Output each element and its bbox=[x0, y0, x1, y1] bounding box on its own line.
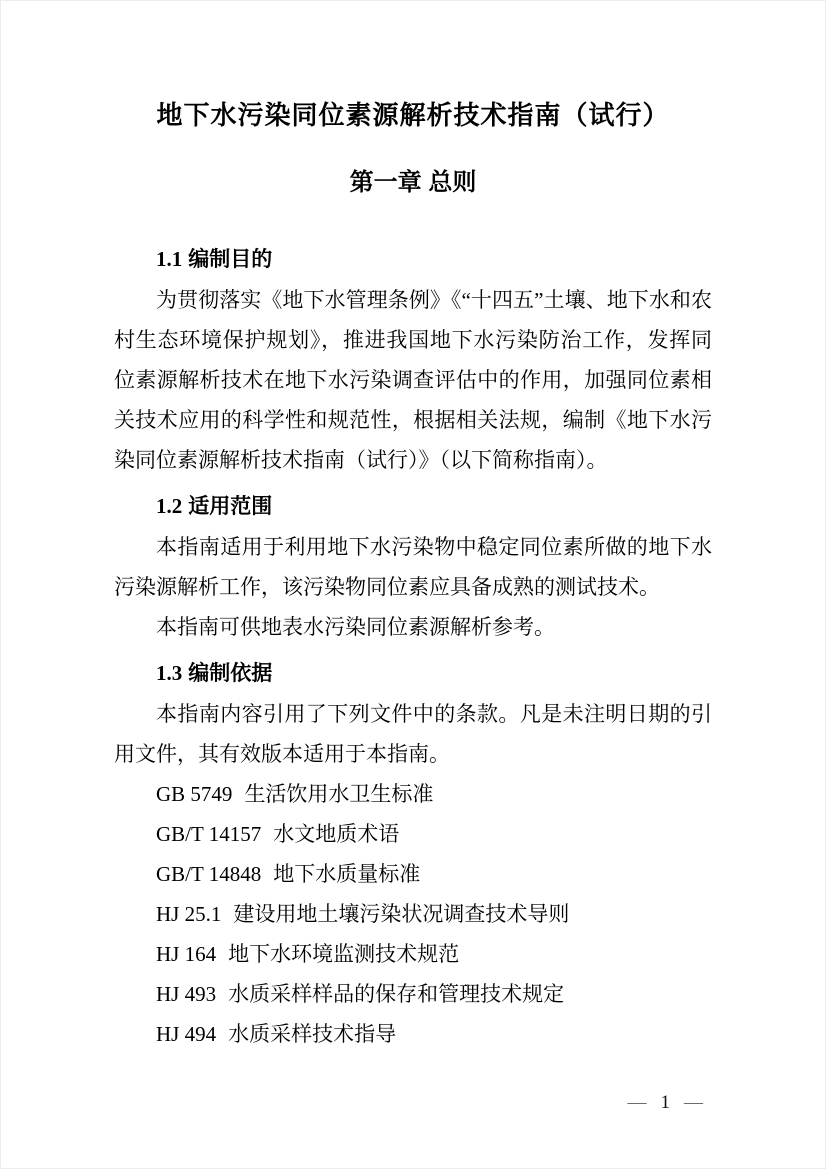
page-number-left-dash: — bbox=[628, 1092, 647, 1113]
reference-name: 水文地质术语 bbox=[273, 822, 399, 846]
reference-item: HJ 494水质采样技术指导 bbox=[114, 1014, 712, 1054]
reference-code: GB/T 14848 bbox=[156, 862, 261, 886]
paragraph: 本指南内容引用了下列文件中的条款。凡是未注明日期的引用文件，其有效版本适用于本指… bbox=[114, 694, 712, 774]
reference-name: 生活饮用水卫生标准 bbox=[244, 782, 433, 806]
reference-code: GB 5749 bbox=[156, 782, 232, 806]
page-number-right-dash: — bbox=[684, 1092, 703, 1113]
page-number-value: 1 bbox=[661, 1092, 671, 1113]
section-label: 编制依据 bbox=[188, 662, 272, 685]
page-number: —1— bbox=[628, 1091, 704, 1115]
reference-item: HJ 164地下水环境监测技术规范 bbox=[114, 934, 712, 974]
chapter-heading: 第一章 总则 bbox=[114, 167, 712, 199]
reference-name: 地下水质量标准 bbox=[273, 862, 420, 886]
section-heading: 1.2适用范围 bbox=[114, 486, 712, 527]
section-1-3: 1.3编制依据 本指南内容引用了下列文件中的条款。凡是未注明日期的引用文件，其有… bbox=[114, 653, 712, 1054]
chapter-number: 第一章 bbox=[350, 169, 422, 196]
section-heading: 1.3编制依据 bbox=[114, 653, 712, 694]
reference-code: HJ 164 bbox=[156, 942, 216, 966]
section-heading: 1.1编制目的 bbox=[114, 239, 712, 280]
document-title: 地下水污染同位素源解析技术指南（试行） bbox=[114, 97, 712, 133]
reference-code: HJ 493 bbox=[156, 982, 216, 1006]
reference-code: GB/T 14157 bbox=[156, 822, 261, 846]
reference-item: GB 5749生活饮用水卫生标准 bbox=[114, 774, 712, 814]
reference-item: HJ 493水质采样样品的保存和管理技术规定 bbox=[114, 974, 712, 1014]
reference-item: HJ 25.1建设用地土壤污染状况调查技术导则 bbox=[114, 894, 712, 934]
reference-name: 地下水环境监测技术规范 bbox=[228, 942, 459, 966]
paragraph: 为贯彻落实《地下水管理条例》《“十四五”土壤、地下水和农村生态环境保护规划》，推… bbox=[114, 280, 712, 480]
document-page: 地下水污染同位素源解析技术指南（试行） 第一章 总则 1.1编制目的 为贯彻落实… bbox=[0, 0, 826, 1169]
reference-item: GB/T 14157水文地质术语 bbox=[114, 814, 712, 854]
section-1-2: 1.2适用范围 本指南适用于利用地下水污染物中稳定同位素所做的地下水污染源解析工… bbox=[114, 486, 712, 647]
section-label: 适用范围 bbox=[188, 495, 272, 518]
chapter-label: 总则 bbox=[428, 169, 476, 196]
reference-name: 水质采样技术指导 bbox=[228, 1022, 396, 1046]
section-label: 编制目的 bbox=[188, 248, 272, 271]
section-number: 1.2 bbox=[156, 494, 182, 518]
reference-name: 水质采样样品的保存和管理技术规定 bbox=[228, 982, 564, 1006]
paragraph: 本指南可供地表水污染同位素源解析参考。 bbox=[114, 607, 712, 647]
section-number: 1.3 bbox=[156, 661, 182, 685]
reference-name: 建设用地土壤污染状况调查技术导则 bbox=[233, 902, 569, 926]
reference-item: GB/T 14848地下水质量标准 bbox=[114, 854, 712, 894]
paragraph: 本指南适用于利用地下水污染物中稳定同位素所做的地下水污染源解析工作，该污染物同位… bbox=[114, 527, 712, 607]
section-number: 1.1 bbox=[156, 247, 182, 271]
reference-code: HJ 25.1 bbox=[156, 902, 221, 926]
reference-code: HJ 494 bbox=[156, 1022, 216, 1046]
references-list: GB 5749生活饮用水卫生标准 GB/T 14157水文地质术语 GB/T 1… bbox=[114, 774, 712, 1054]
section-1-1: 1.1编制目的 为贯彻落实《地下水管理条例》《“十四五”土壤、地下水和农村生态环… bbox=[114, 239, 712, 480]
